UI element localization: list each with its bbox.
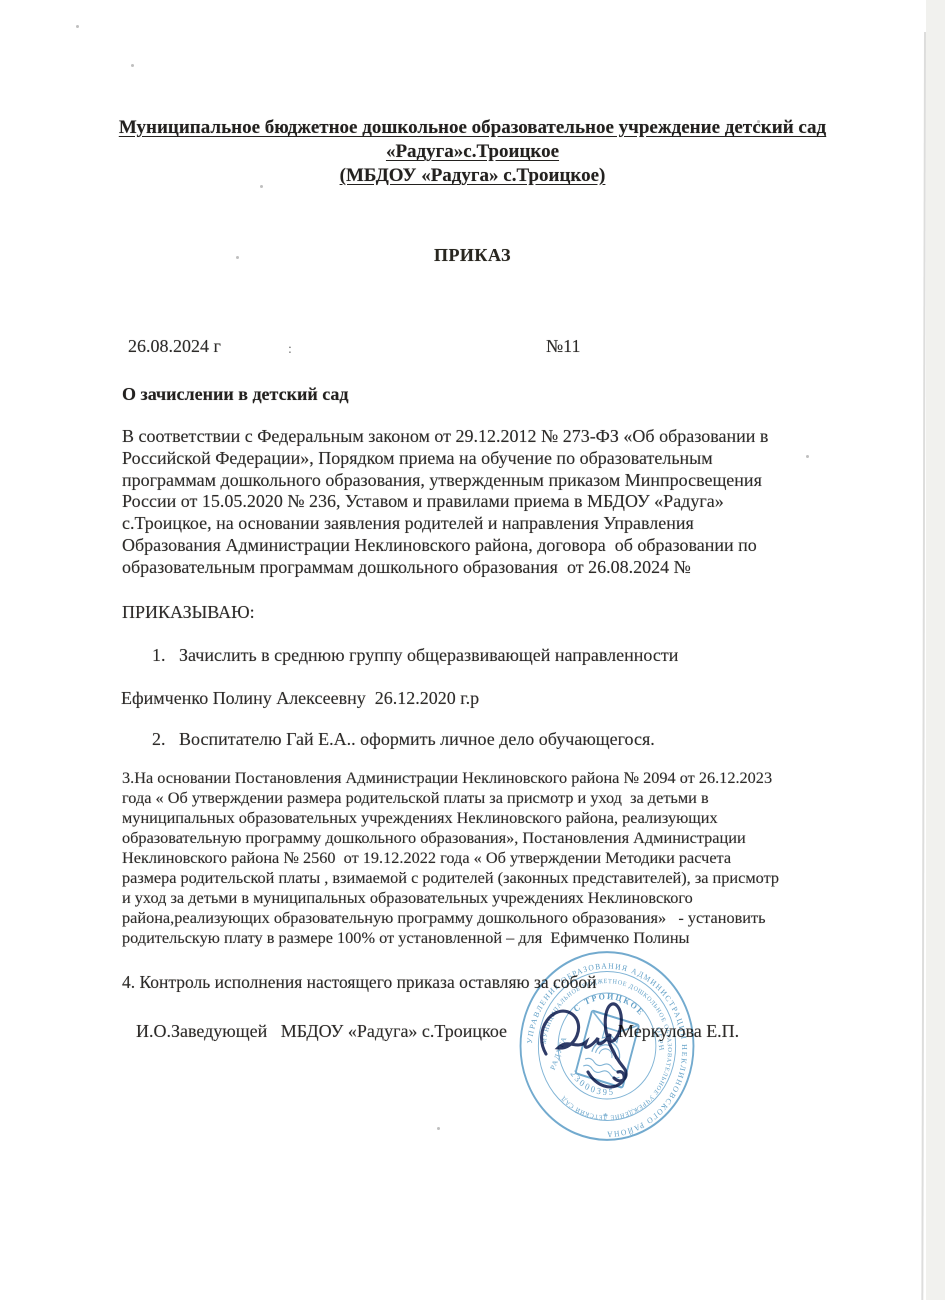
signature	[530, 980, 660, 1110]
enrollee-line: Ефимченко Полину Алексеевну 26.12.2020 г…	[121, 688, 479, 709]
scan-speck	[131, 64, 134, 67]
stamp-star-separator: *	[603, 1111, 607, 1121]
order-date: 26.08.2024 г	[128, 336, 221, 357]
signature-stroke	[542, 1004, 627, 1087]
intro-paragraph: В соответствии с Федеральным законом от …	[122, 426, 832, 579]
subject-line: О зачислении в детский сад	[122, 384, 349, 405]
order-title: ПРИКАЗ	[0, 245, 945, 266]
org-header: Муниципальное бюджетное дошкольное образ…	[0, 116, 945, 188]
scanned-order-page: Муниципальное бюджетное дошкольное образ…	[0, 0, 945, 1300]
order-item-1: 1. Зачислить в среднюю группу общеразвив…	[152, 645, 678, 666]
scan-edge-shading	[926, 0, 945, 1300]
resolution-label: ПРИКАЗЫВАЮ:	[122, 602, 255, 623]
order-number: №11	[546, 336, 581, 357]
scan-stray-mark: :	[288, 342, 292, 358]
scan-speck	[437, 1127, 440, 1130]
order-item-2: 2. Воспитателю Гай Е.А.. оформить личное…	[152, 729, 655, 750]
order-item-3: 3.На основании Постановления Администрац…	[122, 768, 834, 948]
signatory-position: И.О.Заведующей МБДОУ «Радуга» с.Троицкое	[136, 1021, 507, 1042]
scan-speck	[76, 25, 79, 28]
